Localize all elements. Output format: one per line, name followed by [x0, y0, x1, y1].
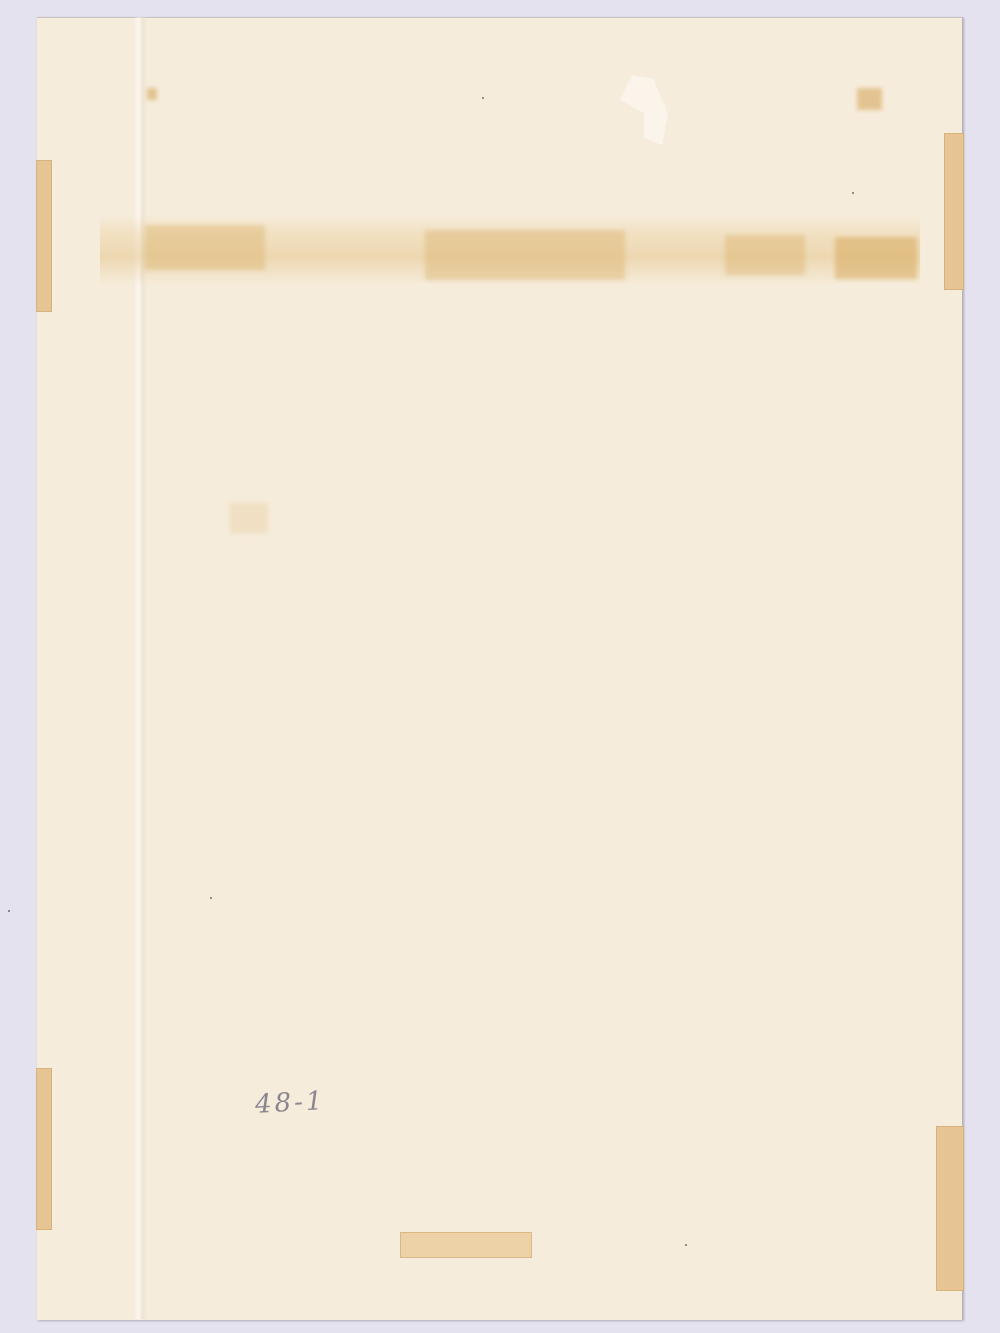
tape-strip-right-top [944, 133, 964, 290]
adhesive-stain [835, 237, 917, 279]
adhesive-stain [145, 225, 265, 270]
paper-sheet [37, 17, 963, 1320]
speck [210, 897, 212, 899]
speck [8, 910, 10, 912]
tape-strip-left-bottom [36, 1068, 52, 1230]
adhesive-stain [725, 235, 805, 275]
handwritten-inscription: 48-1 [254, 1086, 326, 1120]
adhesive-stain [147, 88, 157, 100]
adhesive-stain [425, 230, 625, 280]
speck [482, 97, 484, 99]
tape-strip-left-top [36, 160, 52, 312]
speck [852, 192, 854, 194]
tape-strip-right-bottom [936, 1126, 964, 1291]
tape-strip-bottom-center [400, 1232, 532, 1258]
adhesive-stain [857, 88, 882, 110]
paper-fold-line [133, 17, 147, 1319]
speck [685, 1244, 687, 1246]
adhesive-stain [230, 503, 268, 533]
